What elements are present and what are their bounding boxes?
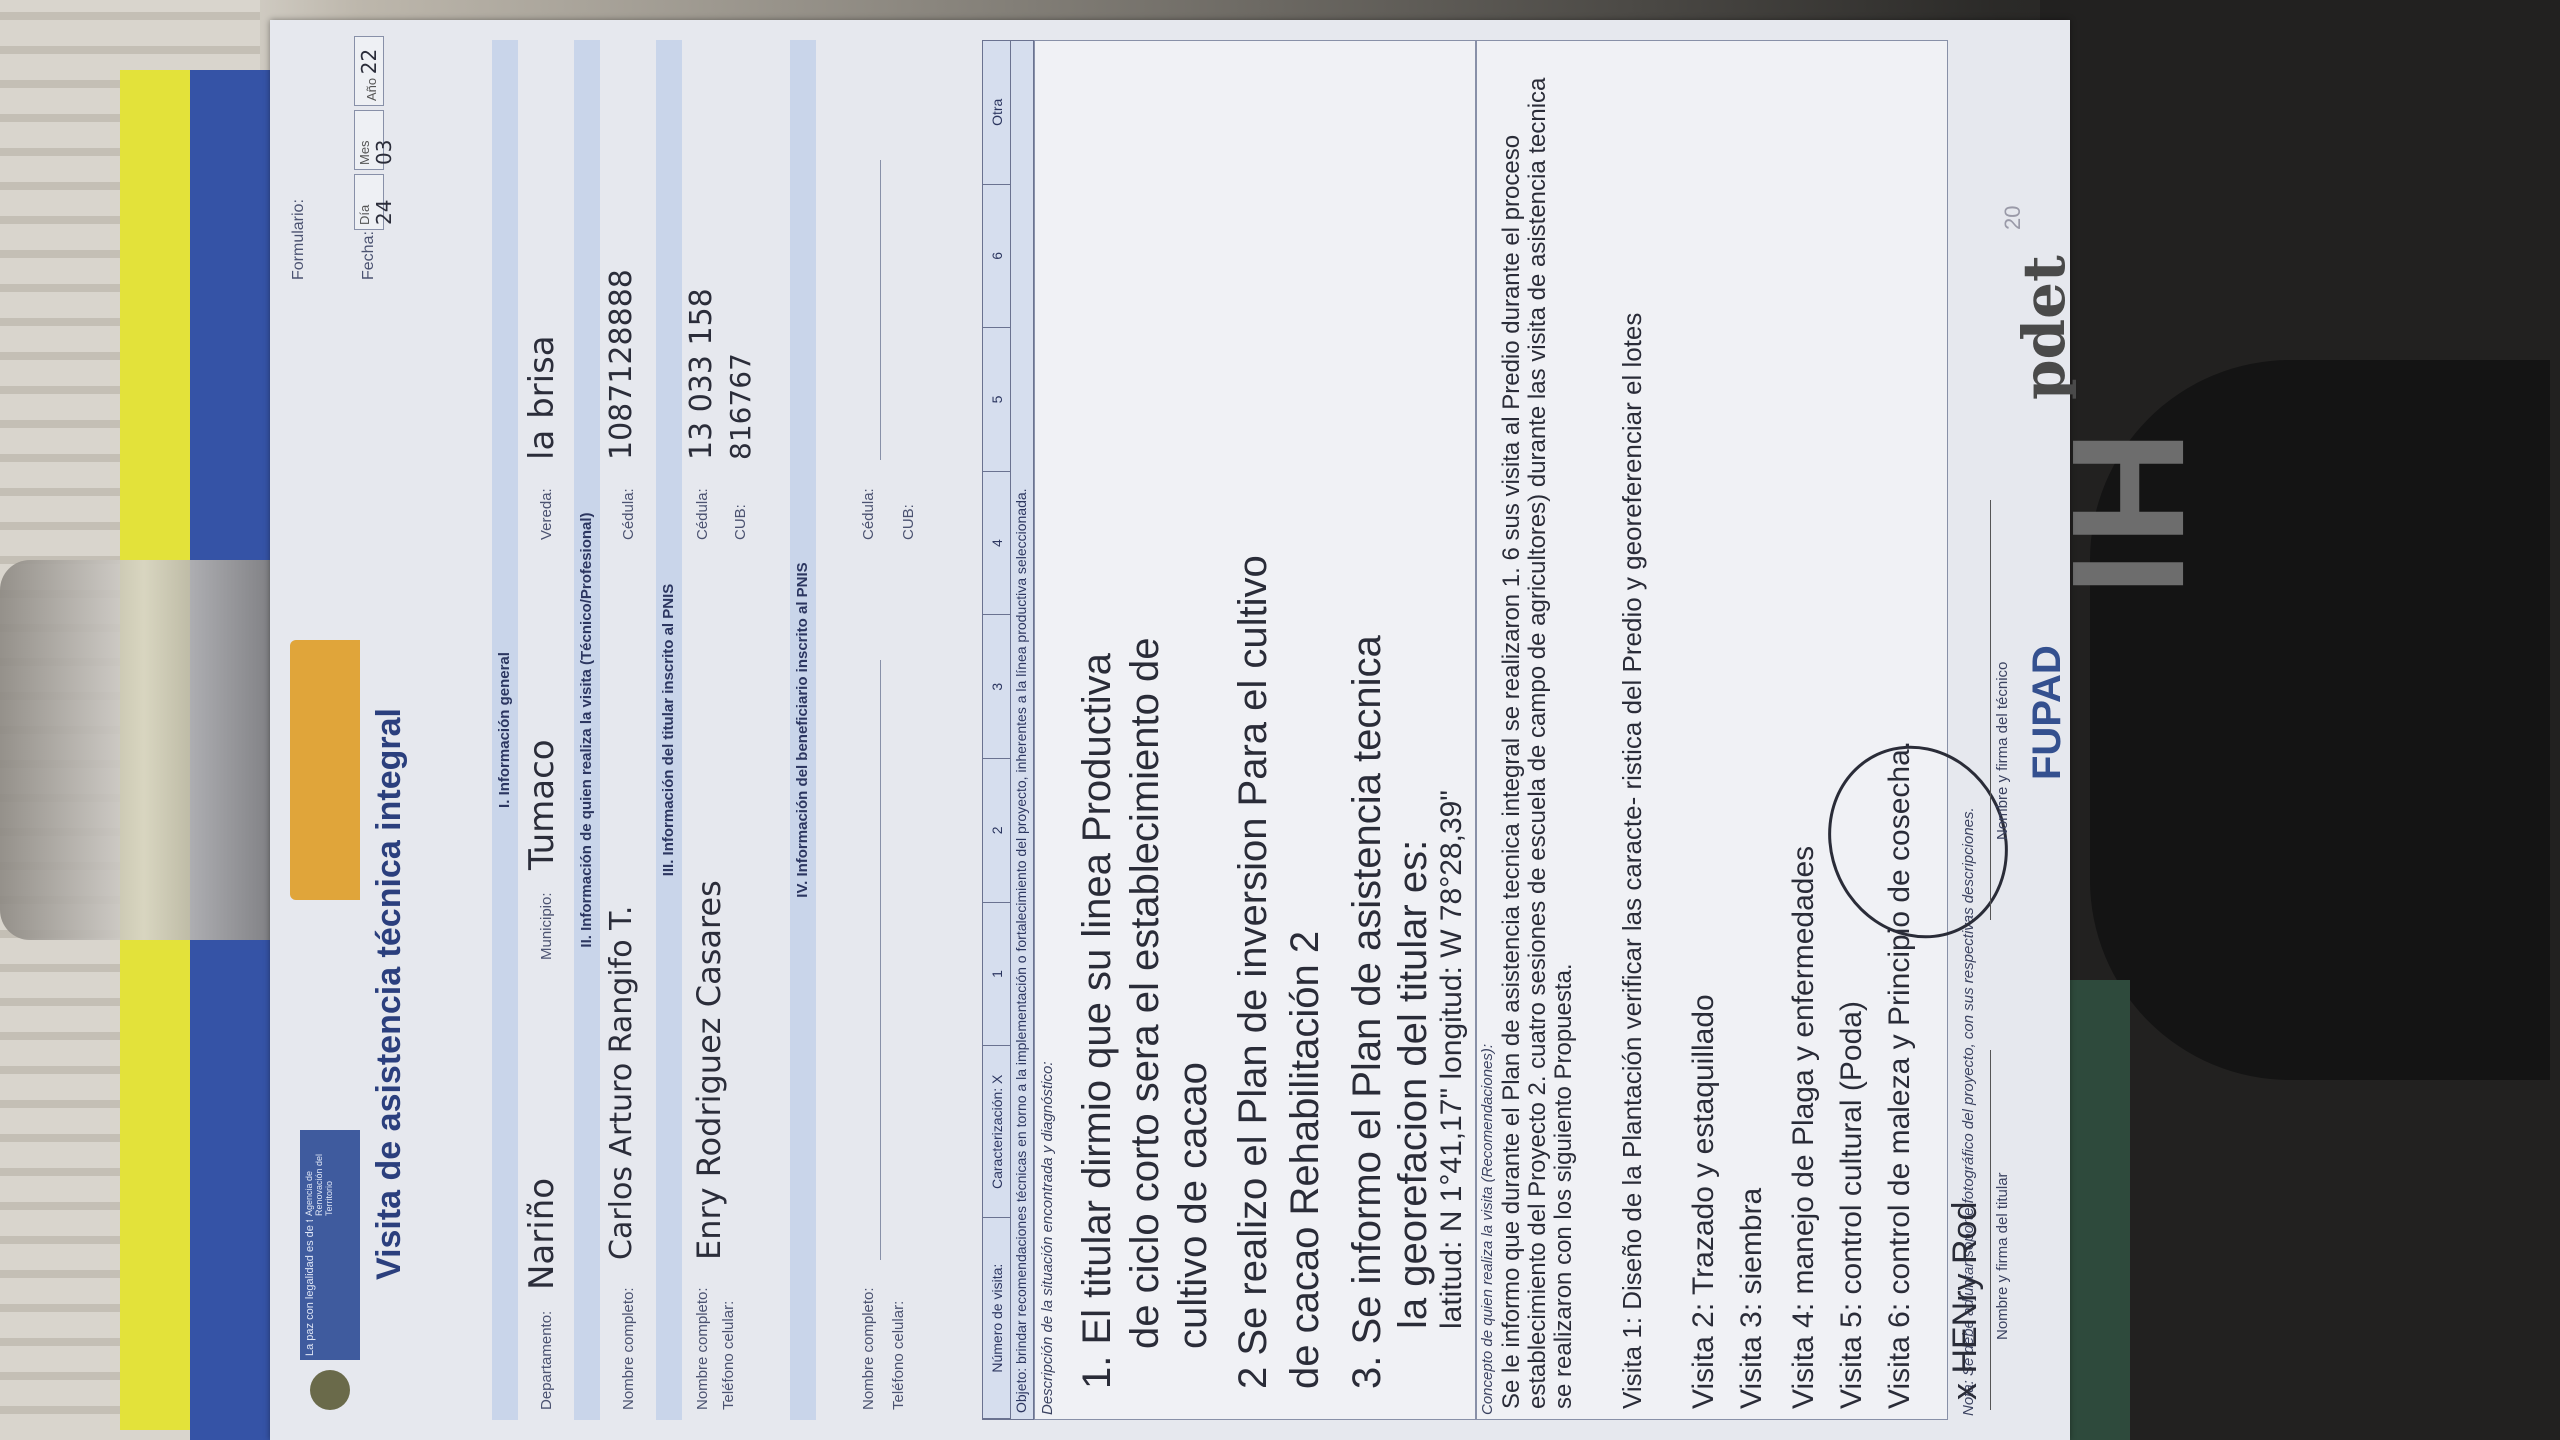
concept-label: Concepto de quien realiza la visita (Rec… xyxy=(1479,1044,1496,1415)
titular-name-value[interactable]: Enry Rodriguez Casares xyxy=(690,880,728,1260)
titular-cub-label: CUB: xyxy=(732,504,749,540)
visitor-name-label: Nombre completo: xyxy=(620,1287,637,1410)
visit-col-6[interactable]: 6 xyxy=(983,185,1011,329)
description-line: cultivo de cacao xyxy=(1171,1062,1216,1349)
section-visitor-info: II. Información de quien realiza la visi… xyxy=(574,40,600,1420)
titular-cub-value[interactable]: 816767 xyxy=(724,353,757,460)
objetivo-text: Objeto: brindar recomendaciones técnicas… xyxy=(1010,40,1034,1420)
description-line: 1. El titular dirmio que su linea Produc… xyxy=(1075,653,1120,1389)
page-number: 20 xyxy=(2000,206,2026,230)
description-line: 3. Se informo el Plan de asistencia tecn… xyxy=(1345,635,1390,1389)
beneficiary-phone-label: Teléfono celular: xyxy=(890,1301,907,1410)
concept-line: Visita 4: manejo de Plaga y enfermedades xyxy=(1787,846,1821,1409)
visit-col-4[interactable]: 4 xyxy=(983,472,1011,616)
visitor-cedula-value[interactable]: 1087128888 xyxy=(604,269,639,460)
agency-logo: Agencia de Renovación del Territorio xyxy=(300,1130,360,1220)
description-line: de cacao Rehabilitación 2 xyxy=(1283,931,1328,1389)
general-info-row: Departamento: Nariño Municipio: Tumaco V… xyxy=(520,40,570,1420)
visit-col-otra[interactable]: Otra xyxy=(983,41,1011,185)
concept-line: Visita 1: Diseño de la Plantación verifi… xyxy=(1617,49,1647,1409)
vereda-value[interactable]: la brisa xyxy=(522,335,562,460)
section-general-info: I. Información general xyxy=(492,40,518,1420)
titular-signature[interactable]: x HENry Rod xyxy=(1946,1202,1985,1400)
description-line: latitud: N 1°41,17" longitud: W 78°28,39… xyxy=(1435,790,1469,1329)
titular-cedula-value[interactable]: 13 033 158 xyxy=(684,288,719,460)
beneficiary-cedula-field[interactable] xyxy=(880,160,881,460)
form-footer: FUPAD pdet 20 xyxy=(2030,40,2070,1420)
description-line: de ciclo corto sera el establecimiento d… xyxy=(1123,638,1168,1349)
titular-phone-label: Teléfono celular: xyxy=(720,1301,737,1410)
month-field[interactable]: Mes 03 xyxy=(354,110,384,170)
beneficiary-name-field[interactable] xyxy=(880,660,881,1260)
coat-of-arms-icon xyxy=(310,1370,350,1410)
beneficiary-info-row: Nombre completo: Teléfono celular: Cédul… xyxy=(830,40,960,1420)
visit-number-row: Número de visita: Caracterización: X 1 2… xyxy=(982,40,1012,1420)
beneficiary-name-label: Nombre completo: xyxy=(860,1287,877,1410)
concept-box[interactable]: Concepto de quien realiza la visita (Rec… xyxy=(1476,40,1948,1420)
agency-text: Agencia de Renovación del Territorio xyxy=(304,1154,334,1216)
beneficiary-cedula-label: Cédula: xyxy=(860,488,877,540)
fecha-label: Fecha: xyxy=(360,231,378,280)
visit-col-1[interactable]: 1 xyxy=(983,903,1011,1047)
titular-info-row: Nombre completo: Teléfono celular: Enry … xyxy=(684,40,774,1420)
visit-col-2[interactable]: 2 xyxy=(983,759,1011,903)
form-paper: La paz con legalidad es de todos Agencia… xyxy=(270,20,2070,1440)
description-label: Descripción de la situación encontrada y… xyxy=(1039,1061,1056,1415)
titular-cedula-label: Cédula: xyxy=(694,488,711,540)
beneficiary-cub-label: CUB: xyxy=(900,504,917,540)
form-title: Visita de asistencia técnica integral xyxy=(370,708,409,1280)
year-label: Año xyxy=(364,78,379,101)
visitor-info-row: Nombre completo: Carlos Arturo Rangifo T… xyxy=(602,40,652,1420)
month-label: Mes xyxy=(357,140,372,165)
concept-line: Visita 3: siembra xyxy=(1735,1188,1769,1409)
pdet-logo: pdet xyxy=(2010,255,2078,400)
day-field[interactable]: Día 24 xyxy=(354,174,384,230)
visit-col-5[interactable]: 5 xyxy=(983,328,1011,472)
concept-line: Visita 5: control cultural (Poda) xyxy=(1835,1001,1869,1409)
concept-line: Se le informo que durante el Plan de asi… xyxy=(1499,49,1577,1409)
titular-signature-label: Nombre y firma del titular xyxy=(1994,1172,2011,1340)
technician-signature-line xyxy=(1990,500,1991,920)
visit-number-label: Número de visita: xyxy=(983,1218,1011,1419)
titular-name-label: Nombre completo: xyxy=(694,1287,711,1410)
description-line: 2 Se realizo el Plan de inversion Para e… xyxy=(1231,555,1276,1389)
formulario-label: Formulario: xyxy=(290,199,308,280)
description-line: la georefacion del titular es: xyxy=(1391,840,1436,1329)
month-value: 03 xyxy=(372,140,396,165)
visitor-name-value[interactable]: Carlos Arturo Rangifo T. xyxy=(604,906,639,1260)
section-titular-info: III. Información del titular inscrito al… xyxy=(656,40,682,1420)
year-value: 22 xyxy=(357,49,381,74)
form-header: La paz con legalidad es de todos Agencia… xyxy=(280,40,480,1420)
departamento-value[interactable]: Nariño xyxy=(522,1178,562,1290)
visitor-cedula-label: Cédula: xyxy=(620,488,637,540)
titular-signature-line xyxy=(1990,1050,1991,1410)
section-beneficiary-info: IV. Información del beneficiario inscrit… xyxy=(790,40,816,1420)
day-value: 24 xyxy=(372,200,396,225)
year-field[interactable]: Año 22 xyxy=(354,36,384,106)
caracterizacion-cell[interactable]: Caracterización: X xyxy=(983,1046,1011,1218)
day-label: Día xyxy=(357,205,372,225)
fupad-logo: FUPAD xyxy=(2025,645,2070,780)
vereda-label: Vereda: xyxy=(538,488,555,540)
technician-signature-label: Nombre y firma del técnico xyxy=(1994,662,2011,840)
departamento-label: Departamento: xyxy=(538,1311,555,1410)
visit-col-3[interactable]: 3 xyxy=(983,615,1011,759)
concept-line: Visita 2: Trazado y estaquillado xyxy=(1687,994,1721,1409)
municipio-label: Municipio: xyxy=(538,892,555,960)
municipio-value[interactable]: Tumaco xyxy=(522,739,562,870)
art-logo-icon xyxy=(290,640,360,900)
description-box[interactable]: Descripción de la situación encontrada y… xyxy=(1034,40,1476,1420)
